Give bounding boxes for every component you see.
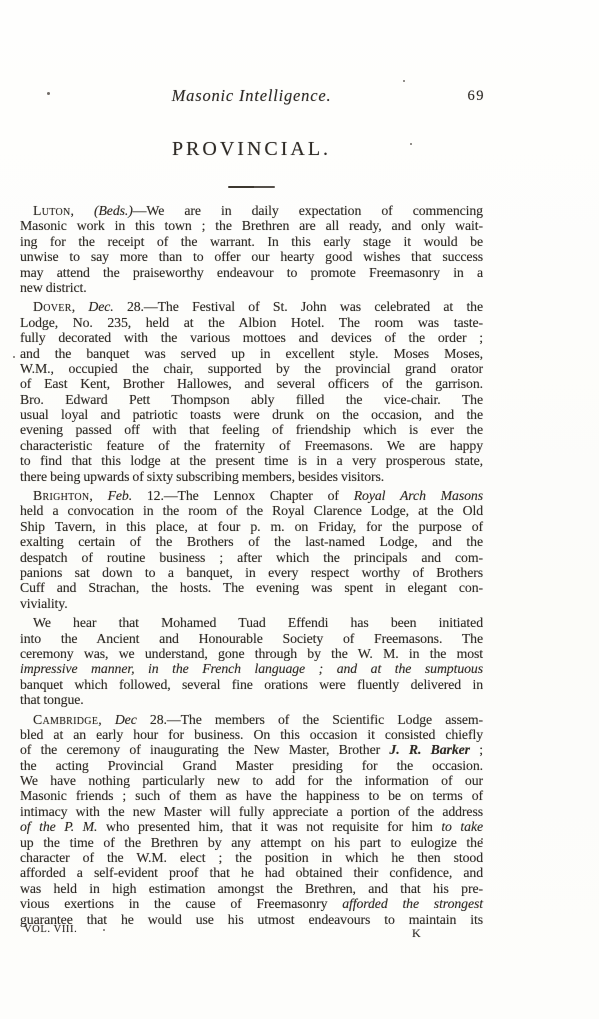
text-line: new district. <box>20 280 483 295</box>
paragraph: Cambridge, Dec 28.—The members of the Sc… <box>20 712 483 927</box>
page-header: Masonic Intelligence. 69 <box>20 86 483 106</box>
text-segment: that tongue. <box>20 692 84 707</box>
paragraph: We hear that Mohamed Tuad Effendi has be… <box>20 615 483 707</box>
paragraph: Dover, Dec. 28.—The Festival of St. John… <box>20 299 483 484</box>
text-line: bled at an early hour for business. On t… <box>20 727 483 742</box>
text-segment: new district. <box>20 280 87 295</box>
text-segment: Luton <box>33 203 71 218</box>
text-segment: of the P. M. <box>20 819 97 834</box>
text-segment: , <box>71 203 94 218</box>
text-segment: was held in high estimation amongst the … <box>20 881 483 896</box>
text-line: Masonic friends ; such of them as have t… <box>20 788 483 803</box>
text-line: guarantee that he would use his utmost e… <box>20 912 483 927</box>
text-line: unwise to say more than to offer our hea… <box>20 249 483 264</box>
text-segment: Dec <box>115 712 137 727</box>
text-segment: Cuff and Strachan, the hosts. The evenin… <box>20 580 483 595</box>
text-segment: , <box>72 299 89 314</box>
text-segment: intimacy with the new Master will fully … <box>20 804 483 819</box>
section-title: PROVINCIAL. <box>20 138 483 161</box>
text-line: of East Kent, Brother Hallowes, and seve… <box>20 376 483 391</box>
text-segment: , <box>89 488 107 503</box>
text-line: Dover, Dec. 28.—The Festival of St. John… <box>20 299 483 314</box>
article-text-block: Luton, (Beds.)—We are in daily expectati… <box>20 203 483 931</box>
text-line: and the banquet was served up in excelle… <box>20 346 483 361</box>
scanned-book-page: Masonic Intelligence. 69 PROVINCIAL. Lut… <box>0 0 599 1019</box>
text-line: there being upwards of sixty subscribing… <box>20 469 483 484</box>
text-segment: usual loyal and patriotic toasts were dr… <box>20 407 483 422</box>
text-segment: evening passed off with that feeling of … <box>20 422 483 437</box>
text-segment: of East Kent, Brother Hallowes, and seve… <box>20 376 483 391</box>
text-segment: bled at an early hour for business. On t… <box>20 727 483 742</box>
volume-label: VOL. VIII. <box>24 924 77 935</box>
ink-speck <box>103 929 105 931</box>
text-segment: to take <box>441 819 483 834</box>
text-segment: ing for the receipt of the warrant. In t… <box>20 234 483 249</box>
text-line: impressive manner, in the French languag… <box>20 661 483 676</box>
running-title: Masonic Intelligence. <box>20 86 483 106</box>
title-divider <box>228 186 275 188</box>
text-segment: into the Ancient and Honourable Society … <box>20 631 483 646</box>
text-line: banquet which followed, several fine ora… <box>20 677 483 692</box>
text-line: intimacy with the new Master will fully … <box>20 804 483 819</box>
text-segment: Ship Tavern, in this place, at four p. m… <box>20 519 483 534</box>
text-line: up the time of the Brethren by any attem… <box>20 835 483 850</box>
text-segment: Lodge, No. 235, held at the Albion Hotel… <box>20 315 483 330</box>
text-segment: 28.—The members of the Scientific Lodge … <box>137 712 483 727</box>
text-line: Luton, (Beds.)—We are in daily expectati… <box>20 203 483 218</box>
text-segment: 28.—The Festival of St. John was celebra… <box>114 299 483 314</box>
catchword: K <box>412 926 421 941</box>
text-line: ceremony was, we understand, gone throug… <box>20 646 483 661</box>
text-segment: Bro. Edward Pett Thompson ably filled th… <box>20 392 483 407</box>
text-segment: Cambridge <box>33 712 98 727</box>
text-segment: We have nothing particularly new to add … <box>20 773 483 788</box>
text-segment: to find that this lodge at the present t… <box>20 453 483 468</box>
text-line: W.M., occupied the chair, supported by t… <box>20 361 483 376</box>
text-line: Bro. Edward Pett Thompson ably filled th… <box>20 392 483 407</box>
text-line: that tongue. <box>20 692 483 707</box>
text-segment: characteristic feature of the fraternity… <box>20 438 483 453</box>
text-line: characteristic feature of the fraternity… <box>20 438 483 453</box>
text-segment: banquet which followed, several fine ora… <box>20 677 483 692</box>
text-line: was held in high estimation amongst the … <box>20 881 483 896</box>
text-line: despatch of routine business ; after whi… <box>20 550 483 565</box>
text-line: character of the W.M. elect ; the positi… <box>20 850 483 865</box>
text-line: We hear that Mohamed Tuad Effendi has be… <box>20 615 483 630</box>
text-line: evening passed off with that feeling of … <box>20 422 483 437</box>
text-segment: Brighton <box>33 488 89 503</box>
text-segment: Dec. <box>88 299 113 314</box>
text-segment: fully decorated with the various mottoes… <box>20 330 483 345</box>
text-segment: We hear that Mohamed Tuad Effendi has be… <box>33 615 483 630</box>
text-segment: the acting Provincial Grand Master presi… <box>20 758 483 773</box>
text-line: fully decorated with the various mottoes… <box>20 330 483 345</box>
text-segment: Royal Arch Masons <box>354 488 483 503</box>
text-segment: —We are in daily expectation of commenci… <box>133 203 483 218</box>
text-line: usual loyal and patriotic toasts were dr… <box>20 407 483 422</box>
text-segment: Feb. <box>108 488 133 503</box>
text-line: viviality. <box>20 596 483 611</box>
text-line: Cambridge, Dec 28.—The members of the Sc… <box>20 712 483 727</box>
text-segment: guarantee that he would use his utmost e… <box>20 912 483 927</box>
text-segment: impressive manner, in the French languag… <box>20 661 483 676</box>
text-line: We have nothing particularly new to add … <box>20 773 483 788</box>
text-line: the acting Provincial Grand Master presi… <box>20 758 483 773</box>
text-segment: J. R. Barker <box>389 742 470 757</box>
text-segment: afforded a self-evident proof that he ha… <box>20 865 483 880</box>
text-segment: Dover <box>33 299 72 314</box>
text-segment: afforded the strongest <box>342 896 483 911</box>
text-segment: there being upwards of sixty subscribing… <box>20 469 384 484</box>
text-line: of the P. M. who presented him, that it … <box>20 819 483 834</box>
paragraph: Brighton, Feb. 12.—The Lennox Chapter of… <box>20 488 483 611</box>
text-line: panions sat down to a banquet, in every … <box>20 565 483 580</box>
text-segment: exalting certain of the Brothers of the … <box>20 534 483 549</box>
text-segment: (Beds.) <box>94 203 133 218</box>
text-line: of the ceremony of inaugurating the New … <box>20 742 483 757</box>
text-segment: may attend the praiseworthy endeavour to… <box>20 265 483 280</box>
text-segment: Masonic work in this town ; the Brethren… <box>20 218 483 233</box>
text-segment: vious exertions in the cause of Freemaso… <box>20 896 342 911</box>
text-segment: Masonic friends ; such of them as have t… <box>20 788 483 803</box>
text-line: held a convocation in the room of the Ro… <box>20 503 483 518</box>
ink-speck <box>481 838 483 840</box>
text-segment: 12.—The Lennox Chapter of <box>132 488 354 503</box>
text-line: ing for the receipt of the warrant. In t… <box>20 234 483 249</box>
text-segment: of the ceremony of inaugurating the New … <box>20 742 389 757</box>
text-segment: who presented him, that it was not requi… <box>97 819 441 834</box>
text-segment: , <box>98 712 115 727</box>
ink-speck <box>410 143 412 145</box>
text-line: Brighton, Feb. 12.—The Lennox Chapter of… <box>20 488 483 503</box>
ink-speck <box>403 80 405 82</box>
text-line: into the Ancient and Honourable Society … <box>20 631 483 646</box>
text-segment: ; <box>470 742 483 757</box>
text-line: Lodge, No. 235, held at the Albion Hotel… <box>20 315 483 330</box>
text-line: Ship Tavern, in this place, at four p. m… <box>20 519 483 534</box>
page-number: 69 <box>468 88 486 105</box>
text-line: Cuff and Strachan, the hosts. The evenin… <box>20 580 483 595</box>
text-line: Masonic work in this town ; the Brethren… <box>20 218 483 233</box>
text-segment: held a convocation in the room of the Ro… <box>20 503 483 518</box>
paragraph: Luton, (Beds.)—We are in daily expectati… <box>20 203 483 295</box>
text-segment: panions sat down to a banquet, in every … <box>20 565 483 580</box>
text-segment: ceremony was, we understand, gone throug… <box>20 646 483 661</box>
text-segment: despatch of routine business ; after whi… <box>20 550 483 565</box>
text-line: vious exertions in the cause of Freemaso… <box>20 896 483 911</box>
text-line: to find that this lodge at the present t… <box>20 453 483 468</box>
text-line: exalting certain of the Brothers of the … <box>20 534 483 549</box>
text-line: may attend the praiseworthy endeavour to… <box>20 265 483 280</box>
text-segment: viviality. <box>20 596 68 611</box>
text-segment: W.M., occupied the chair, supported by t… <box>20 361 483 376</box>
text-segment: unwise to say more than to offer our hea… <box>20 249 483 264</box>
text-segment: and the banquet was served up in excelle… <box>20 346 483 361</box>
ink-speck <box>47 92 50 95</box>
text-line: afforded a self-evident proof that he ha… <box>20 865 483 880</box>
text-segment: up the time of the Brethren by any attem… <box>20 835 483 850</box>
text-segment: character of the W.M. elect ; the positi… <box>20 850 483 865</box>
ink-speck <box>13 356 15 358</box>
